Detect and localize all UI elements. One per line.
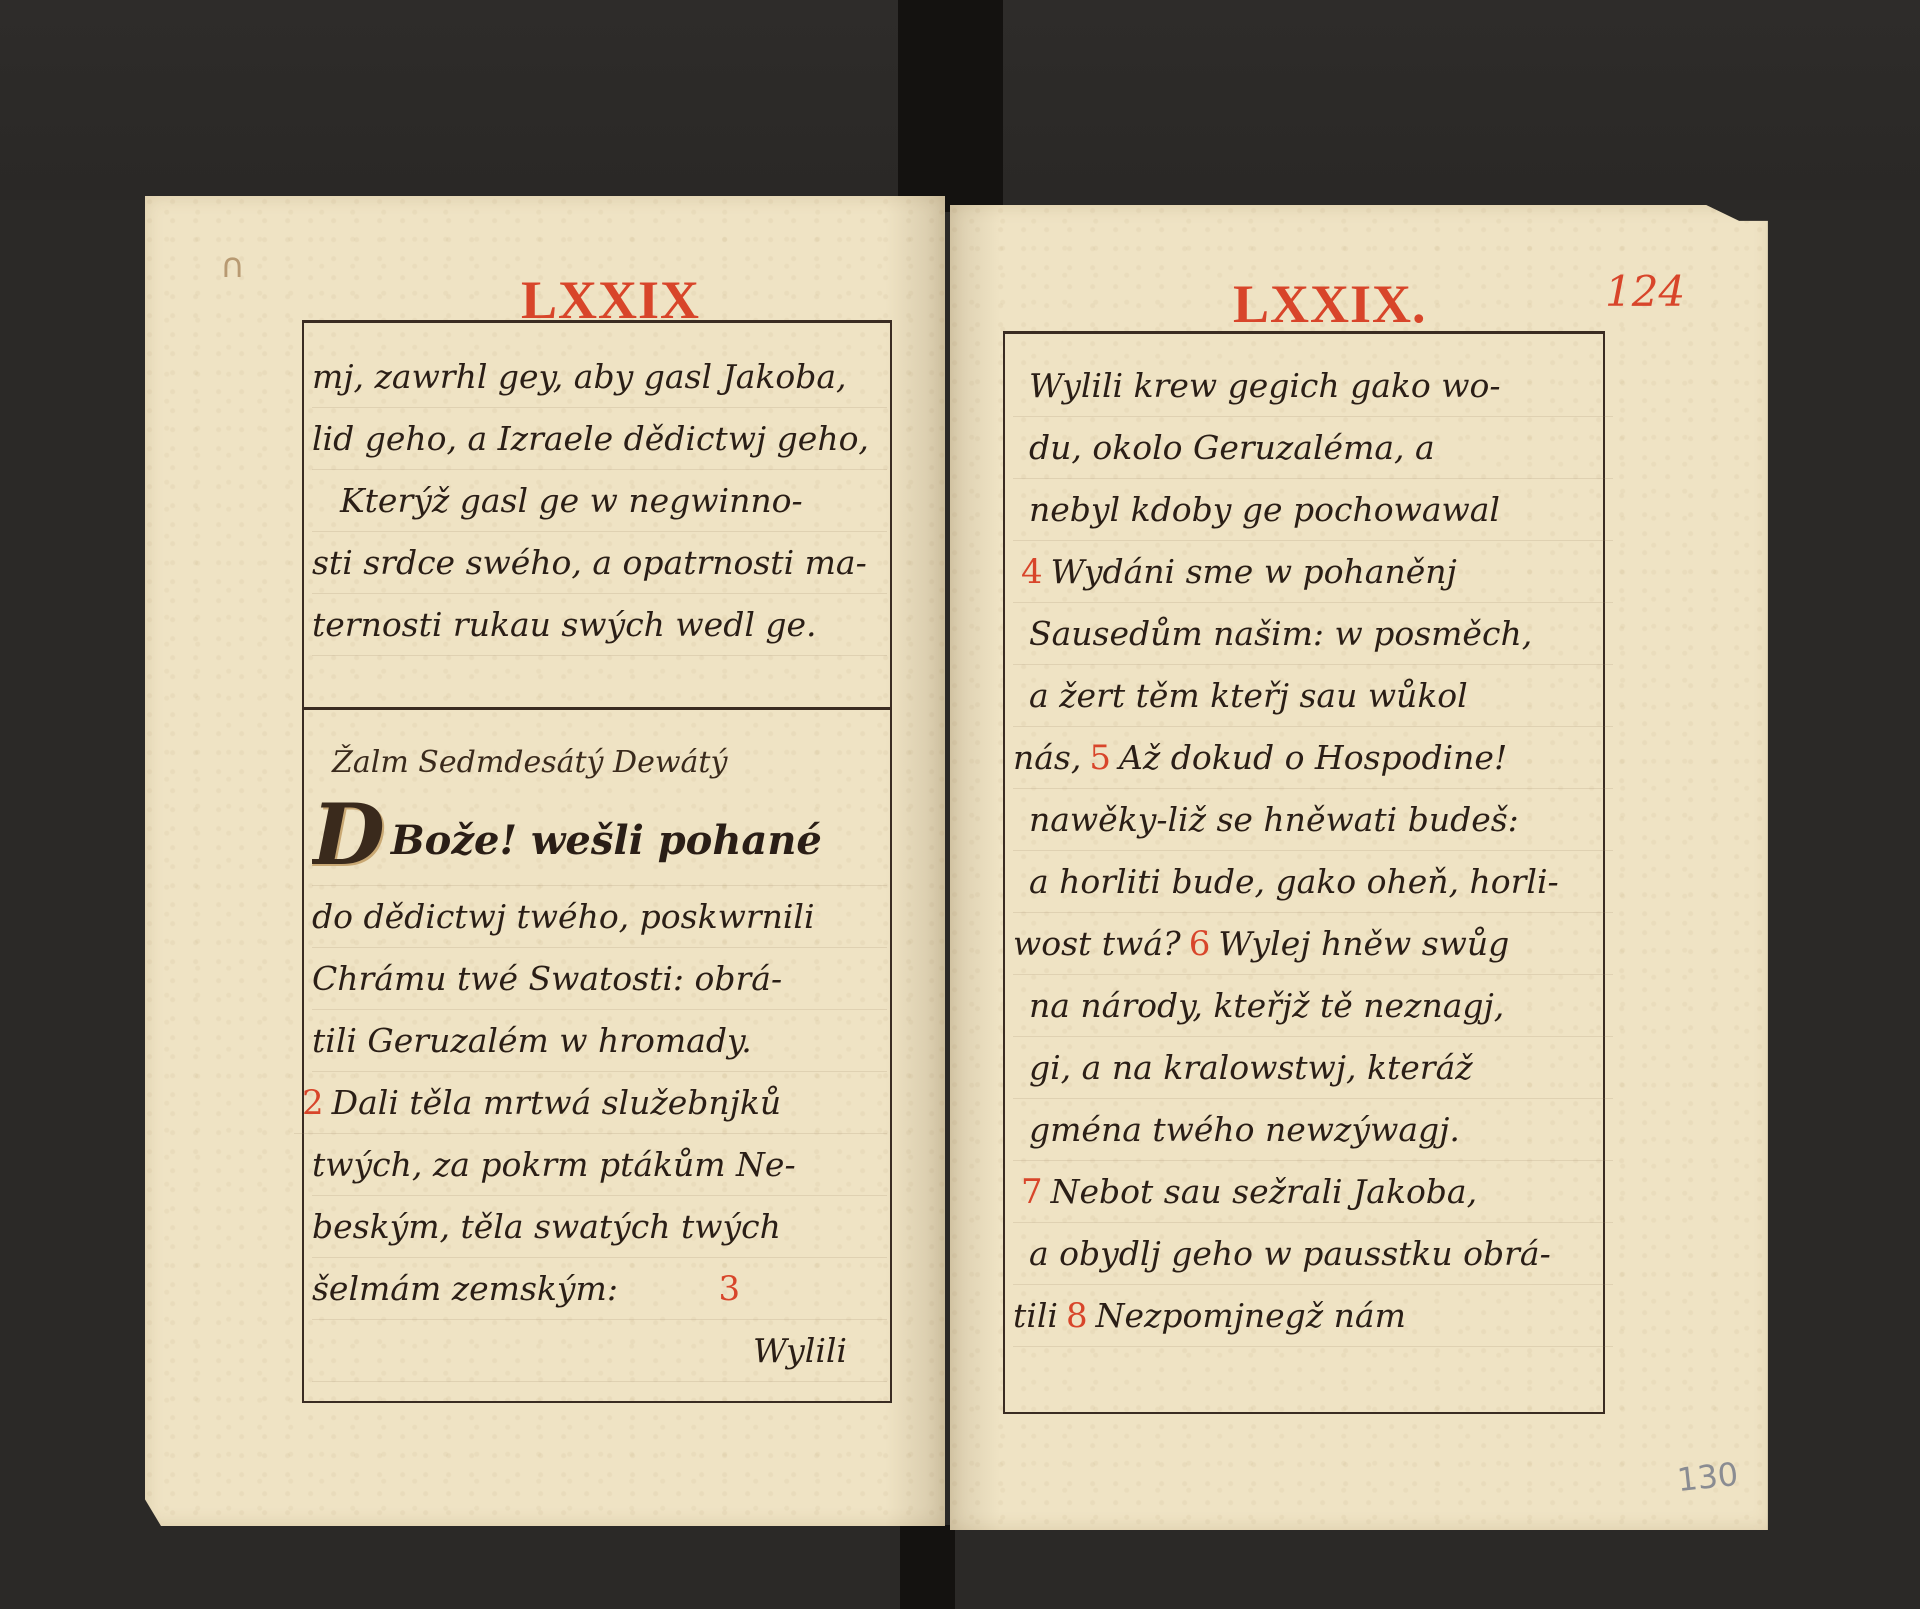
pencil-page-number: 130 xyxy=(1675,1455,1740,1499)
catchword: Wylili xyxy=(312,1320,887,1382)
verse-text: nawěky-liž se hněwati budeš: xyxy=(1029,800,1519,839)
text-line: lid geho, a Izraele dědictwj geho, xyxy=(312,408,887,470)
text-line: a žert těm kteřj sau wůkol xyxy=(1013,665,1613,727)
verse-text: a obydlj geho w pausstku obrá- xyxy=(1029,1234,1551,1273)
verse-text: šelmám zemským: xyxy=(312,1269,618,1308)
verse-text: a žert těm kteřj sau wůkol xyxy=(1029,676,1468,715)
text-line: Sausedům našim: w posměch, xyxy=(1013,603,1613,665)
verse-text: nás, xyxy=(1013,738,1081,777)
gutter-shadow xyxy=(950,205,1000,1530)
psalm-block: Žalm Sedmdesátý Dewátý DBože! wešli poha… xyxy=(312,732,887,1382)
verse-text: Wylili krew gegich gako wo- xyxy=(1029,366,1501,405)
text-line: mj, zawrhl gey, aby gasl Jakoba, xyxy=(312,346,887,408)
verse-number: 3 xyxy=(718,1269,740,1309)
text-line: 7Nebot sau sežrali Jakoba, xyxy=(1013,1161,1613,1223)
text-line: du, okolo Geruzaléma, a xyxy=(1013,417,1613,479)
verse-text: wost twá? xyxy=(1013,924,1181,963)
binding-strap-bottom xyxy=(900,1525,955,1609)
text-line: a horliti bude, gako oheň, horli- xyxy=(1013,851,1613,913)
verse-text: Dali těla mrtwá služebnjků xyxy=(332,1083,782,1122)
frame-divider xyxy=(304,707,890,710)
text-line: nás,5Až dokud o Hospodine! xyxy=(1013,727,1613,789)
gutter-shadow xyxy=(885,196,945,1526)
text-line: sti srdce swého, a opatrnosti ma- xyxy=(312,532,887,594)
right-page: LXXIX. 124 Wylili krew gegich gako wo- d… xyxy=(950,205,1772,1530)
verse-text: gi, a na kralowstwj, kteráž xyxy=(1029,1048,1473,1087)
verse-text: Wydáni sme w pohaněnj xyxy=(1051,552,1457,591)
text-line: gména twého newzýwagj. xyxy=(1013,1099,1613,1161)
verse-text: Sausedům našim: w posměch, xyxy=(1029,614,1532,653)
corner-pencil-mark: ∩ xyxy=(220,246,245,286)
verse-block: Wylili krew gegich gako wo- du, okolo Ge… xyxy=(1013,355,1613,1347)
verse-text: nebyl kdoby ge pochowawal xyxy=(1029,490,1500,529)
psalm-title: Žalm Sedmdesátý Dewátý xyxy=(312,732,887,793)
text-line: 2Dali těla mrtwá služebnjků xyxy=(294,1072,887,1134)
folio-number: 124 xyxy=(1605,267,1685,316)
text-line: Chrámu twé Swatosti: obrá- xyxy=(312,948,887,1010)
chapter-heading: LXXIX xyxy=(521,273,700,327)
verse-number: 6 xyxy=(1189,924,1211,964)
verse-text: a horliti bude, gako oheň, horli- xyxy=(1029,862,1559,901)
text-line: gi, a na kralowstwj, kteráž xyxy=(1013,1037,1613,1099)
decorated-initial: D xyxy=(312,793,385,877)
verse-text: Nezpomjnegž nám xyxy=(1096,1296,1406,1335)
verse-text: Až dokud o Hospodine! xyxy=(1119,738,1507,777)
verse-text: tili xyxy=(1013,1296,1058,1335)
text-line: a obydlj geho w pausstku obrá- xyxy=(1013,1223,1613,1285)
text-line: nebyl kdoby ge pochowawal xyxy=(1013,479,1613,541)
verse-number: 4 xyxy=(1021,552,1043,592)
text-line: ternosti rukau swých wedl ge. xyxy=(312,594,887,656)
verse-number: 2 xyxy=(302,1083,324,1123)
left-page: ∩ LXXIX mj, zawrhl gey, aby gasl Jakoba,… xyxy=(145,196,945,1526)
text-line: beským, těla swatých twých xyxy=(312,1196,887,1258)
verse-number: 8 xyxy=(1066,1296,1088,1336)
verse-text: gména twého newzýwagj. xyxy=(1029,1110,1460,1149)
text-line: twých, za pokrm ptákům Ne- xyxy=(312,1134,887,1196)
text-line: 4Wydáni sme w pohaněnj xyxy=(1013,541,1613,603)
text-line: Wylili krew gegich gako wo- xyxy=(1013,355,1613,417)
verse-text: na národy, kteřjž tě neznagj, xyxy=(1029,986,1504,1025)
text-line: wost twá?6Wylej hněw swůg xyxy=(1013,913,1613,975)
text-line: tili8Nezpomjnegž nám xyxy=(1013,1285,1613,1347)
verse-text: Nebot sau sežrali Jakoba, xyxy=(1051,1172,1477,1211)
verse-block-continuation: mj, zawrhl gey, aby gasl Jakoba, lid geh… xyxy=(312,346,887,656)
text-line: Kterýž gasl ge w negwinno- xyxy=(312,470,887,532)
text-line: do dědictwj twého, poskwrnili xyxy=(312,886,887,948)
text-line: na národy, kteřjž tě neznagj, xyxy=(1013,975,1613,1037)
verse-text: du, okolo Geruzaléma, a xyxy=(1029,428,1435,467)
verse-number: 5 xyxy=(1089,738,1111,778)
text-line: nawěky-liž se hněwati budeš: xyxy=(1013,789,1613,851)
opening-text: Bože! wešli pohané xyxy=(391,817,822,864)
opening-line: DBože! wešli pohané xyxy=(312,793,887,886)
text-line: šelmám zemským: 3 xyxy=(312,1258,887,1320)
binding-strap-top xyxy=(898,0,1003,212)
text-line: tili Geruzalém w hromady. xyxy=(312,1010,887,1072)
verse-number: 7 xyxy=(1021,1172,1043,1212)
chapter-heading: LXXIX. xyxy=(1233,277,1427,331)
verse-text: Wylej hněw swůg xyxy=(1218,924,1509,963)
